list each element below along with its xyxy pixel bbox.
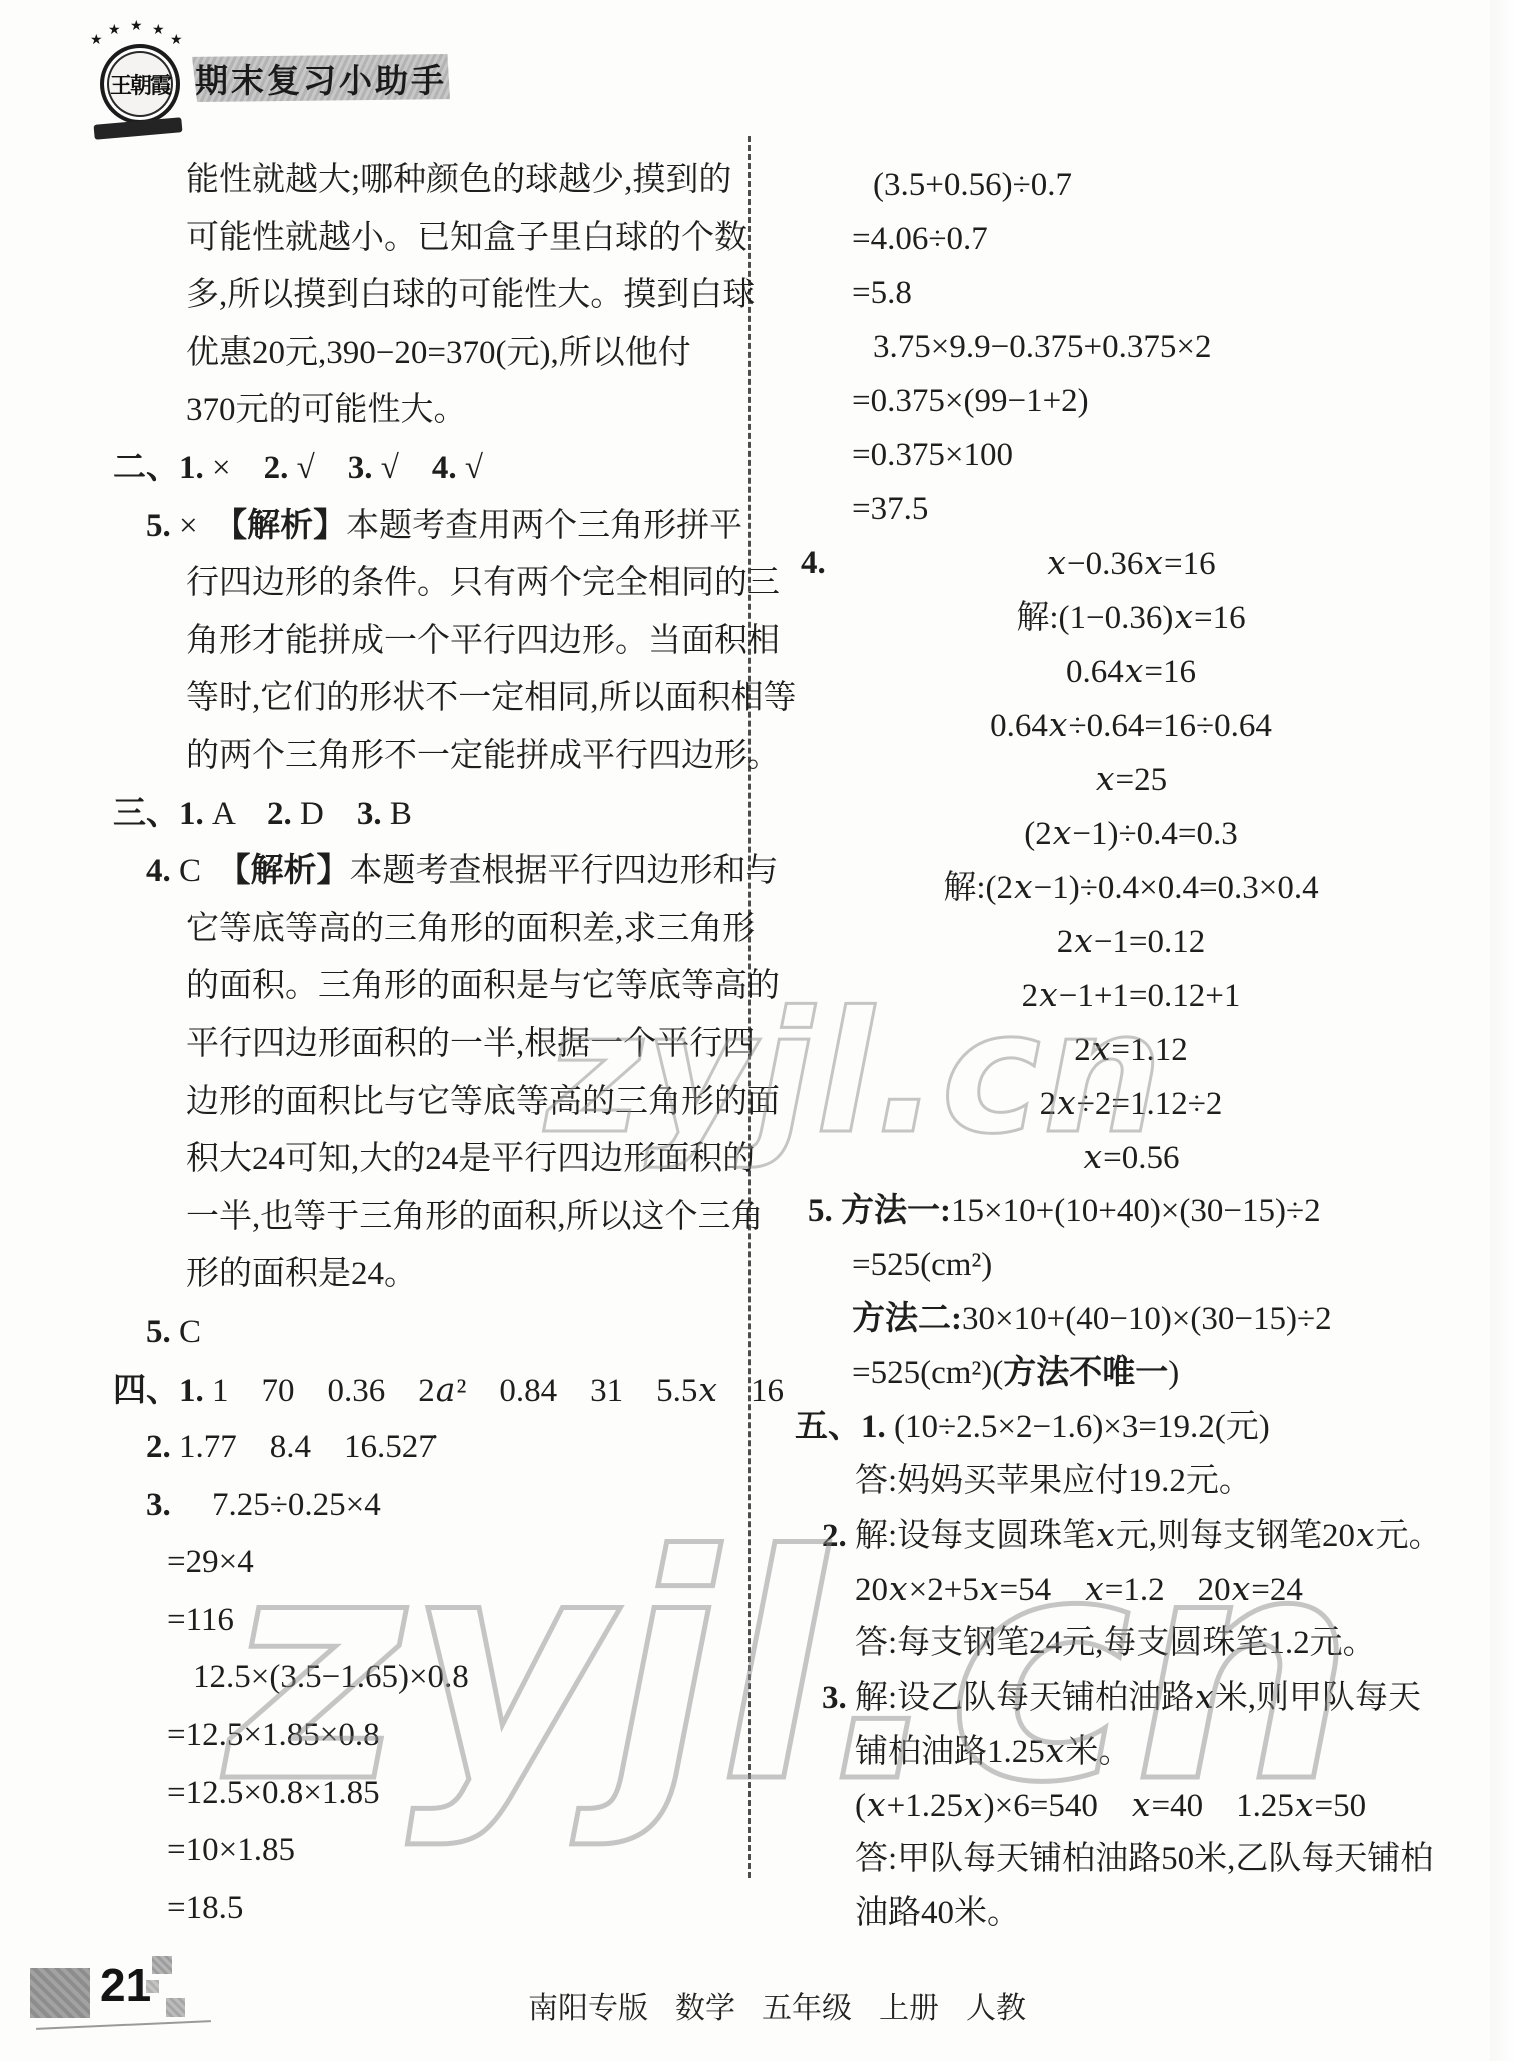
text-line: 0.64x=16 <box>795 644 1467 698</box>
text-line: 的两个三角形不一定能拼成平行四边形。 <box>186 728 765 786</box>
text-line: =525(cm²) <box>852 1238 1467 1292</box>
text-line: =10×1.85 <box>167 1822 765 1880</box>
text-line: 答:甲队每天铺柏油路50米,乙队每天铺柏 <box>855 1832 1467 1886</box>
text-line: 铺柏油路1.25x米。 <box>855 1724 1467 1778</box>
text-line: 2x−1=0.12 <box>795 914 1467 968</box>
footer-edition-labels: 南阳专版数学五年级上册人教 <box>528 1983 1026 2027</box>
text-line: 4. C 【解析】本题考查根据平行四边形和与 <box>146 843 765 901</box>
text-line: 解:(1−0.36)x=16 <box>795 590 1467 644</box>
text-line: 二、1. × 2. √ 3. √ 4. √ <box>113 440 765 498</box>
text-line: =18.5 <box>167 1880 765 1938</box>
text-line: 370元的可能性大。 <box>186 382 765 440</box>
text-line: 它等底等高的三角形的面积差,求三角形 <box>186 901 765 959</box>
logo-badge-circle: 王朝霞 <box>100 44 180 124</box>
logo-ribbon <box>94 117 183 140</box>
text-line: 4.x−0.36x=16 <box>795 536 1467 590</box>
text-line: x=25 <box>795 752 1467 806</box>
text-line: =525(cm²)(方法不唯一) <box>852 1346 1467 1400</box>
footer-decoration-block <box>166 1998 185 2017</box>
text-line: 可能性就越小。已知盒子里白球的个数 <box>186 210 765 268</box>
text-line: 的面积。三角形的面积是与它等底等高的 <box>186 958 765 1016</box>
text-line: 答:每支钢笔24元,每支圆珠笔1.2元。 <box>855 1616 1467 1670</box>
text-line: 5. × 【解析】本题考查用两个三角形拼平 <box>146 498 765 556</box>
text-line: 边形的面积比与它等底等高的三角形的面 <box>186 1074 765 1132</box>
text-line: 方法二:30×10+(40−10)×(30−15)÷2 <box>852 1292 1467 1346</box>
footer-label: 上册 <box>879 1983 939 2027</box>
right-column: (3.5+0.56)÷0.7=4.06÷0.7=5.83.75×9.9−0.37… <box>795 158 1467 1940</box>
footer-label: 数学 <box>675 1983 735 2027</box>
text-line: (3.5+0.56)÷0.7 <box>873 158 1467 212</box>
text-line: =12.5×1.85×0.8 <box>167 1707 765 1765</box>
text-line: 2x−1+1=0.12+1 <box>795 968 1467 1022</box>
text-line: =4.06÷0.7 <box>852 212 1467 266</box>
page-number-decoration <box>30 1968 90 2018</box>
star-icon: ★ <box>90 34 103 48</box>
text-line: 积大24可知,大的24是平行四边形面积的 <box>186 1131 765 1189</box>
footer-label: 五年级 <box>762 1983 852 2027</box>
star-icon: ★ <box>152 24 165 38</box>
text-line: 2x÷2=1.12÷2 <box>795 1076 1467 1130</box>
text-line: 行四边形的条件。只有两个完全相同的三 <box>186 555 765 613</box>
text-line: 2. 解:设每支圆珠笔x元,则每支钢笔20x元。 <box>822 1508 1467 1562</box>
workbook-answer-page: ★ ★ ★ ★ ★ 王朝霞 期末复习小助手 能性就越大;哪种颜色的球越少,摸到的… <box>0 0 1516 2061</box>
text-line: (2x−1)÷0.4=0.3 <box>795 806 1467 860</box>
star-icon: ★ <box>130 20 143 34</box>
text-line: 5. 方法一:15×10+(10+40)×(30−15)÷2 <box>808 1184 1467 1238</box>
text-line: 多,所以摸到白球的可能性大。摸到白球 <box>186 267 765 325</box>
text-line: =0.375×(99−1+2) <box>852 374 1467 428</box>
text-line: 3. 解:设乙队每天铺柏油路x米,则甲队每天 <box>822 1670 1467 1724</box>
star-icon: ★ <box>170 34 183 48</box>
page-edge-shading <box>1490 0 1516 2061</box>
text-line: 油路40米。 <box>855 1886 1467 1940</box>
text-line: =116 <box>167 1592 765 1650</box>
text-line: 平行四边形面积的一半,根据一个平行四 <box>186 1016 765 1074</box>
text-line: =29×4 <box>167 1534 765 1592</box>
text-line: 四、1. 1 70 0.36 2a² 0.84 31 5.5x 16 <box>113 1361 765 1419</box>
page-title: 期末复习小助手 <box>195 55 447 102</box>
text-line: (x+1.25x)×6=540 x=40 1.25x=50 <box>855 1778 1467 1832</box>
text-line: 角形才能拼成一个平行四边形。当面积相 <box>186 613 765 671</box>
star-icon: ★ <box>108 24 121 38</box>
text-line: x=0.56 <box>795 1130 1467 1184</box>
item-number-label: 4. <box>801 536 826 590</box>
text-line: 3.75×9.9−0.375+0.375×2 <box>873 320 1467 374</box>
text-line: =12.5×0.8×1.85 <box>167 1765 765 1823</box>
text-line: 等时,它们的形状不一定相同,所以面积相等 <box>186 670 765 728</box>
footer-label: 南阳专版 <box>528 1983 648 2027</box>
footer-decoration-block <box>146 1980 159 1993</box>
text-line: 0.64x÷0.64=16÷0.64 <box>795 698 1467 752</box>
logo-brand-text: 王朝霞 <box>110 69 170 100</box>
text-line: =5.8 <box>852 266 1467 320</box>
text-line: 五、1. (10÷2.5×2−1.6)×3=19.2(元) <box>795 1400 1467 1454</box>
text-line: 答:妈妈买苹果应付19.2元。 <box>855 1454 1467 1508</box>
text-line: 优惠20元,390−20=370(元),所以他付 <box>186 325 765 383</box>
footer-decoration-line <box>36 2020 211 2030</box>
brand-logo: ★ ★ ★ ★ ★ 王朝霞 <box>92 28 192 136</box>
text-line: 形的面积是24。 <box>186 1246 765 1304</box>
page-number: 21 <box>100 1958 151 2012</box>
text-line: 12.5×(3.5−1.65)×0.8 <box>193 1649 765 1707</box>
text-line: 2x=1.12 <box>795 1022 1467 1076</box>
page-header-banner: 期末复习小助手 <box>192 54 450 102</box>
text-line: 一半,也等于三角形的面积,所以这个三角 <box>186 1189 765 1247</box>
text-line: 2. 1.77 8.4 16.527̇ <box>146 1419 765 1477</box>
text-line: 3. 7.25÷0.25×4 <box>146 1477 765 1535</box>
footer-decoration-block <box>152 1956 172 1974</box>
left-column: 能性就越大;哪种颜色的球越少,摸到的可能性就越小。已知盒子里白球的个数多,所以摸… <box>113 152 765 1937</box>
text-line: =37.5 <box>852 482 1467 536</box>
text-line: 能性就越大;哪种颜色的球越少,摸到的 <box>186 152 765 210</box>
text-line: 5. C <box>146 1304 765 1362</box>
text-line: 三、1. A 2. D 3. B <box>113 786 765 844</box>
text-line: 20x×2+5x=54 x=1.2 20x=24 <box>855 1562 1467 1616</box>
text-line: =0.375×100 <box>852 428 1467 482</box>
footer-label: 人教 <box>966 1983 1026 2027</box>
text-line: 解:(2x−1)÷0.4×0.4=0.3×0.4 <box>795 860 1467 914</box>
